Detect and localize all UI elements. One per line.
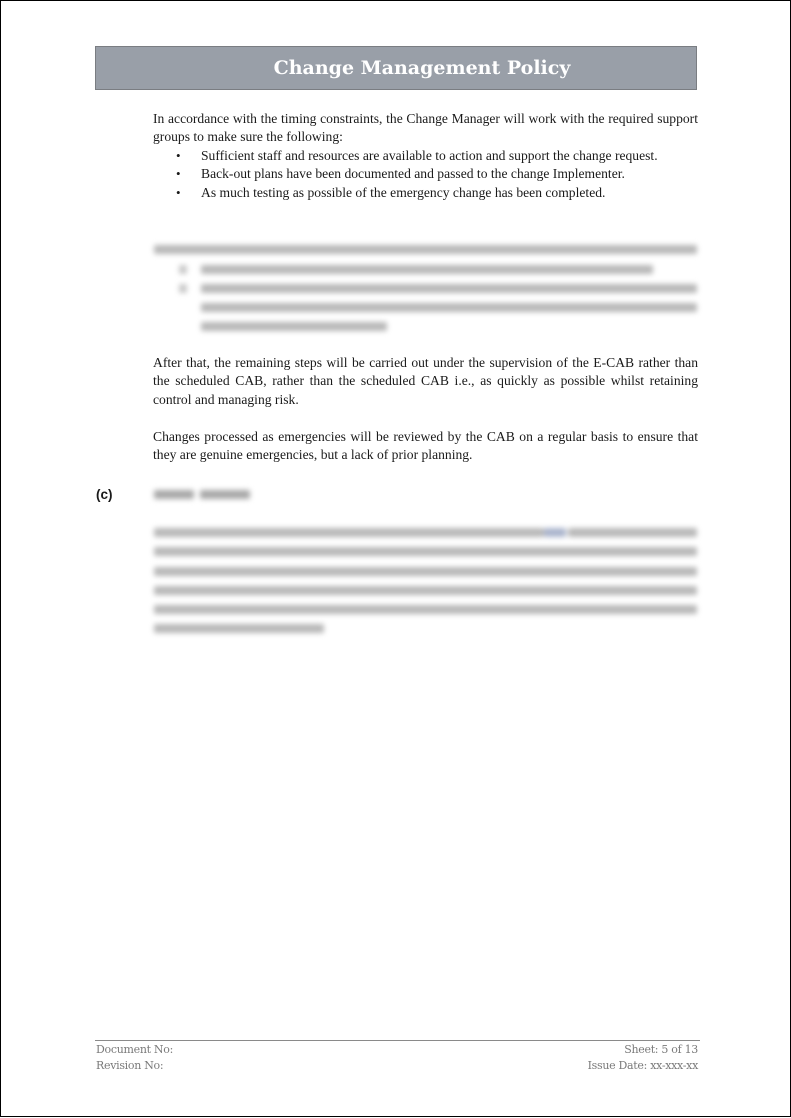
footer-right: Sheet: 5 of 13 Issue Date: xx-xxx-xx (588, 1042, 698, 1074)
sheet-number: Sheet: 5 of 13 (588, 1042, 698, 1058)
footer-left: Document No: Revision No: (96, 1042, 173, 1074)
blurred-section-c (1, 1, 791, 701)
document-page: Change Management Policy In accordance w… (0, 0, 791, 1117)
footer-divider (95, 1040, 700, 1041)
issue-date: Issue Date: xx-xxx-xx (588, 1058, 698, 1074)
document-no-label: Document No: (96, 1042, 173, 1058)
revision-no-label: Revision No: (96, 1058, 173, 1074)
